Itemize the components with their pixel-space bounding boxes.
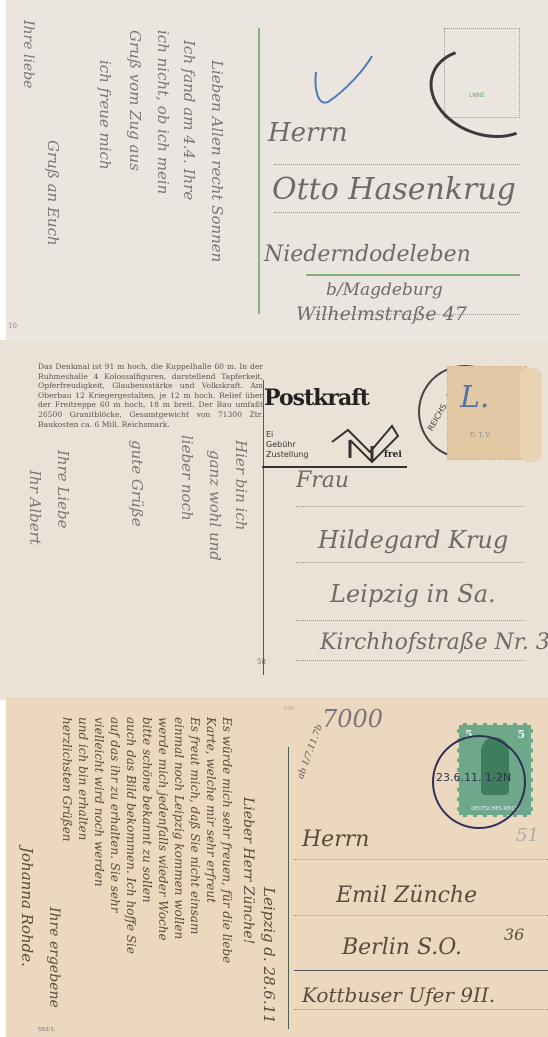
postcard-1: Lieben Allen recht Sonnen Ich fand am 4.… [6, 0, 548, 340]
message-line: Es würde mich sehr freuen, für die liebe [220, 717, 234, 963]
house-icon [330, 412, 400, 464]
address-line [296, 506, 524, 507]
address-line [274, 164, 520, 165]
message-line: gute Grüße [128, 440, 146, 527]
message-line: Lieber Herr Zünche! [240, 797, 256, 944]
tiny-note: ccc [284, 705, 294, 712]
message-line: auch das Bild bekommen. Ich hoffe Sie [124, 717, 138, 954]
print-number: 563/1. [38, 1027, 56, 1033]
stamp-pen-mark: L. [460, 380, 489, 415]
message-line: und ich bin erhalten [76, 717, 90, 840]
machine-cancel-line: Ei [266, 430, 273, 439]
address-postal-district: 36 [504, 925, 524, 944]
message-line: Hier bin ich [232, 440, 250, 530]
pen-check-mark [306, 50, 376, 110]
center-divider [258, 28, 260, 314]
address-street: Kirchhofstraße Nr. 35. [320, 630, 548, 655]
pencil-note: 7000 [322, 705, 383, 733]
date-line: Leipzig d. 28.6.11 [260, 887, 278, 1024]
address-district: b/Magdeburg [326, 280, 443, 300]
message-line: Gruß vom Zug aus [126, 30, 144, 171]
address-town: Niederndodeleben [264, 242, 471, 267]
message-line: Lieben Allen recht Sonnen [208, 60, 226, 262]
address-line [296, 620, 524, 621]
address-street: Kottbuser Ufer 9II. [302, 983, 495, 1007]
address-town: Leipzig in Sa. [330, 580, 496, 608]
message-line: Ihr Albert [26, 470, 44, 545]
message-line: ich freue mich [96, 60, 114, 170]
message-line: Ich fand am 4.4. Ihre [180, 40, 198, 200]
address-line [296, 562, 524, 563]
closing-signature: Johanna Rohde. [18, 847, 36, 967]
address-street: Wilhelmstraße 47 [296, 303, 467, 325]
printed-caption: Das Denkmal ist 91 m hoch, die Kuppelhal… [38, 362, 263, 429]
address-name: Hildegard Krug [318, 526, 508, 554]
stamp-stain [520, 368, 542, 462]
pencil-mark: 51 [516, 825, 539, 846]
message-line: Ihre Liebe [54, 450, 72, 529]
stamp-label: D. T. V. [470, 432, 491, 439]
message-line: lieber noch [178, 435, 196, 521]
message-line: Ihre liebe [20, 20, 36, 88]
machine-cancel-line: Zustellung [266, 450, 308, 459]
address-underline [306, 274, 520, 276]
message-line: herzlichsten Grüßen [60, 717, 74, 842]
address-salutation: Herrn [302, 827, 369, 852]
machine-cancel-line: Gebühr [266, 440, 296, 449]
corner-mark: 58 [257, 658, 266, 666]
side-note: ab 1/7.11.7b [296, 723, 325, 780]
address-salutation: Herrn [268, 118, 348, 148]
address-line [296, 660, 524, 661]
message-line: vielleicht wird noch werden [92, 717, 106, 887]
closing-line: Ihre ergebene [46, 907, 62, 1008]
center-divider [288, 747, 289, 1029]
message-line: Gruß an Euch [44, 140, 62, 246]
postmark-date: 23.6.11. 1-2N [436, 771, 511, 784]
address-name: Otto Hasenkrug [272, 172, 516, 207]
postcard-3: ccc 7000 Leipzig d. 28.6.11 Lieber Herr … [6, 697, 548, 1037]
postcard-2: Das Denkmal ist 91 m hoch, die Kuppelhal… [0, 340, 548, 700]
address-name: Emil Zünche [336, 883, 477, 908]
center-divider [263, 380, 264, 675]
message-line: Karte, welche mir sehr erfreut [204, 717, 218, 903]
message-line: werde mich jedenfalls wieder Woche [156, 717, 170, 941]
corner-mark: 10 [8, 322, 17, 330]
machine-cancel-title: Postkraft [264, 385, 369, 411]
address-rule [294, 970, 548, 971]
message-line: einmal noch Leipzig kommen wollen [172, 717, 186, 939]
message-line: ganz wohl und [206, 450, 224, 561]
address-line [294, 859, 548, 860]
address-city: Berlin S.O. [342, 935, 462, 960]
stamp-value-right: 5 [517, 728, 525, 741]
message-line: bitte schöne bekannt zu sollen [140, 717, 154, 903]
address-line [294, 1009, 548, 1010]
address-line [294, 915, 548, 916]
address-line [274, 212, 520, 213]
address-salutation: Frau [296, 468, 349, 493]
postmark-arc [417, 33, 548, 153]
message-line: auf das ihr zu erhalten. Sie sehr [108, 717, 122, 912]
message-line: ich nicht, ob ich mein [154, 30, 172, 194]
message-line: Es freut mich, daß Sie nicht einsam [188, 717, 202, 934]
